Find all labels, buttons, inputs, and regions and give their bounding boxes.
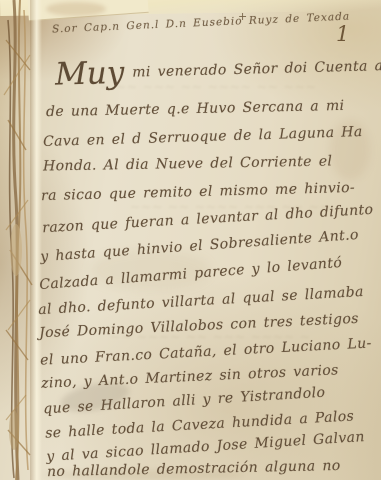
text-line: Cava en el d Serruoque de la Laguna Ha	[43, 124, 363, 150]
manuscript-page: ~ ~~ ~~~ ~~ ~~~~ ~~ ~~~ ~~~ ~~ ~~~~ ~~~ …	[0, 0, 381, 480]
page-corner-fold	[27, 0, 148, 21]
text-line: Honda. Al dia Nueve del Corriente el	[43, 153, 333, 174]
cross-mark: +	[238, 10, 247, 23]
binding-fibers-icon	[0, 0, 42, 480]
text-line-rest: mi venerado Señor doi Cuenta a VS	[132, 57, 381, 80]
text-line: de una Muerte q.e Huvo Sercana a mi	[46, 98, 345, 120]
text-line: ra sicao que remito el mismo me hinvio-	[41, 180, 355, 204]
book-binding	[0, 0, 42, 480]
ghost-line: ~ ~~ ~~~ ~~ ~~~~ ~~ ~~~	[100, 80, 317, 94]
text-line: Muymi venerado Señor doi Cuenta a VS	[55, 57, 381, 82]
opening-word: Muy	[55, 55, 125, 93]
folio-number: 1	[336, 22, 349, 46]
